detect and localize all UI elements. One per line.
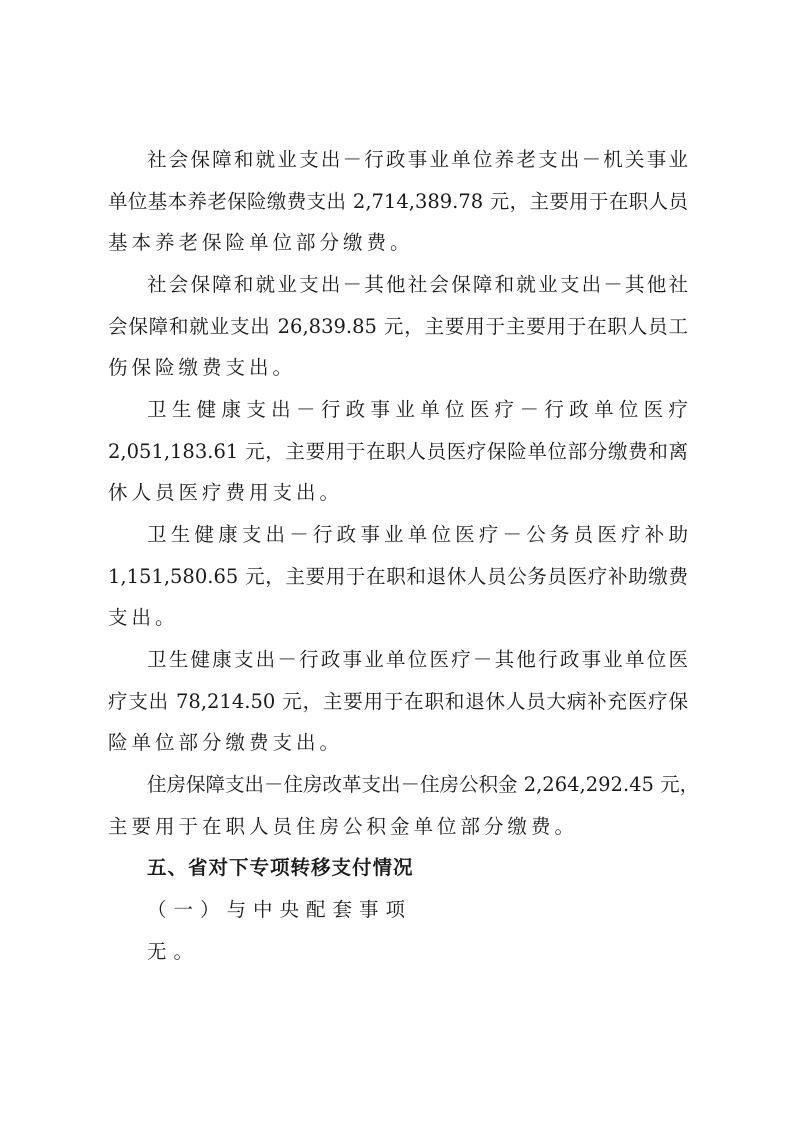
paragraph-1-line-2: 单位基本养老保险缴费支出 2,714,389.78 元，主要用于在职人员 <box>108 190 688 214</box>
subsection-heading: （一）与中央配套事项 <box>147 898 688 922</box>
subsection-body: 无。 <box>147 940 688 964</box>
paragraph-4-line-3: 支出。 <box>108 606 688 630</box>
paragraph-5-line-2: 疗支出 78,214.50 元，主要用于在职和退休人员大病补充医疗保 <box>108 690 688 714</box>
paragraph-5-line-1: 卫生健康支出－行政事业单位医疗－其他行政事业单位医 <box>147 648 688 672</box>
paragraph-4-line-2: 1,151,580.65 元，主要用于在职和退休人员公务员医疗补助缴费 <box>108 565 688 589</box>
document-page: 社会保障和就业支出－行政事业单位养老支出－机关事业 单位基本养老保险缴费支出 2… <box>0 0 793 1122</box>
paragraph-2-line-3: 伤保险缴费支出。 <box>108 356 688 380</box>
paragraph-3-line-3: 休人员医疗费用支出。 <box>108 481 688 505</box>
paragraph-2-line-1: 社会保障和就业支出－其他社会保障和就业支出－其他社 <box>147 273 688 297</box>
paragraph-1-line-1: 社会保障和就业支出－行政事业单位养老支出－机关事业 <box>147 148 688 172</box>
paragraph-1-line-3: 基本养老保险单位部分缴费。 <box>108 231 688 255</box>
paragraph-6-line-2: 主要用于在职人员住房公积金单位部分缴费。 <box>108 815 688 839</box>
paragraph-6-line-1: 住房保障支出－住房改革支出－住房公积金 2,264,292.45 元， <box>147 773 688 797</box>
paragraph-3-line-2: 2,051,183.61 元，主要用于在职人员医疗保险单位部分缴费和离 <box>108 440 688 464</box>
paragraph-2-line-2: 会保障和就业支出 26,839.85 元，主要用于主要用于在职人员工 <box>108 315 688 339</box>
paragraph-5-line-3: 险单位部分缴费支出。 <box>108 731 688 755</box>
paragraph-3-line-1: 卫生健康支出－行政事业单位医疗－行政单位医疗 <box>147 398 688 422</box>
paragraph-4-line-1: 卫生健康支出－行政事业单位医疗－公务员医疗补助 <box>147 523 688 547</box>
section-heading: 五、省对下专项转移支付情况 <box>147 856 688 880</box>
